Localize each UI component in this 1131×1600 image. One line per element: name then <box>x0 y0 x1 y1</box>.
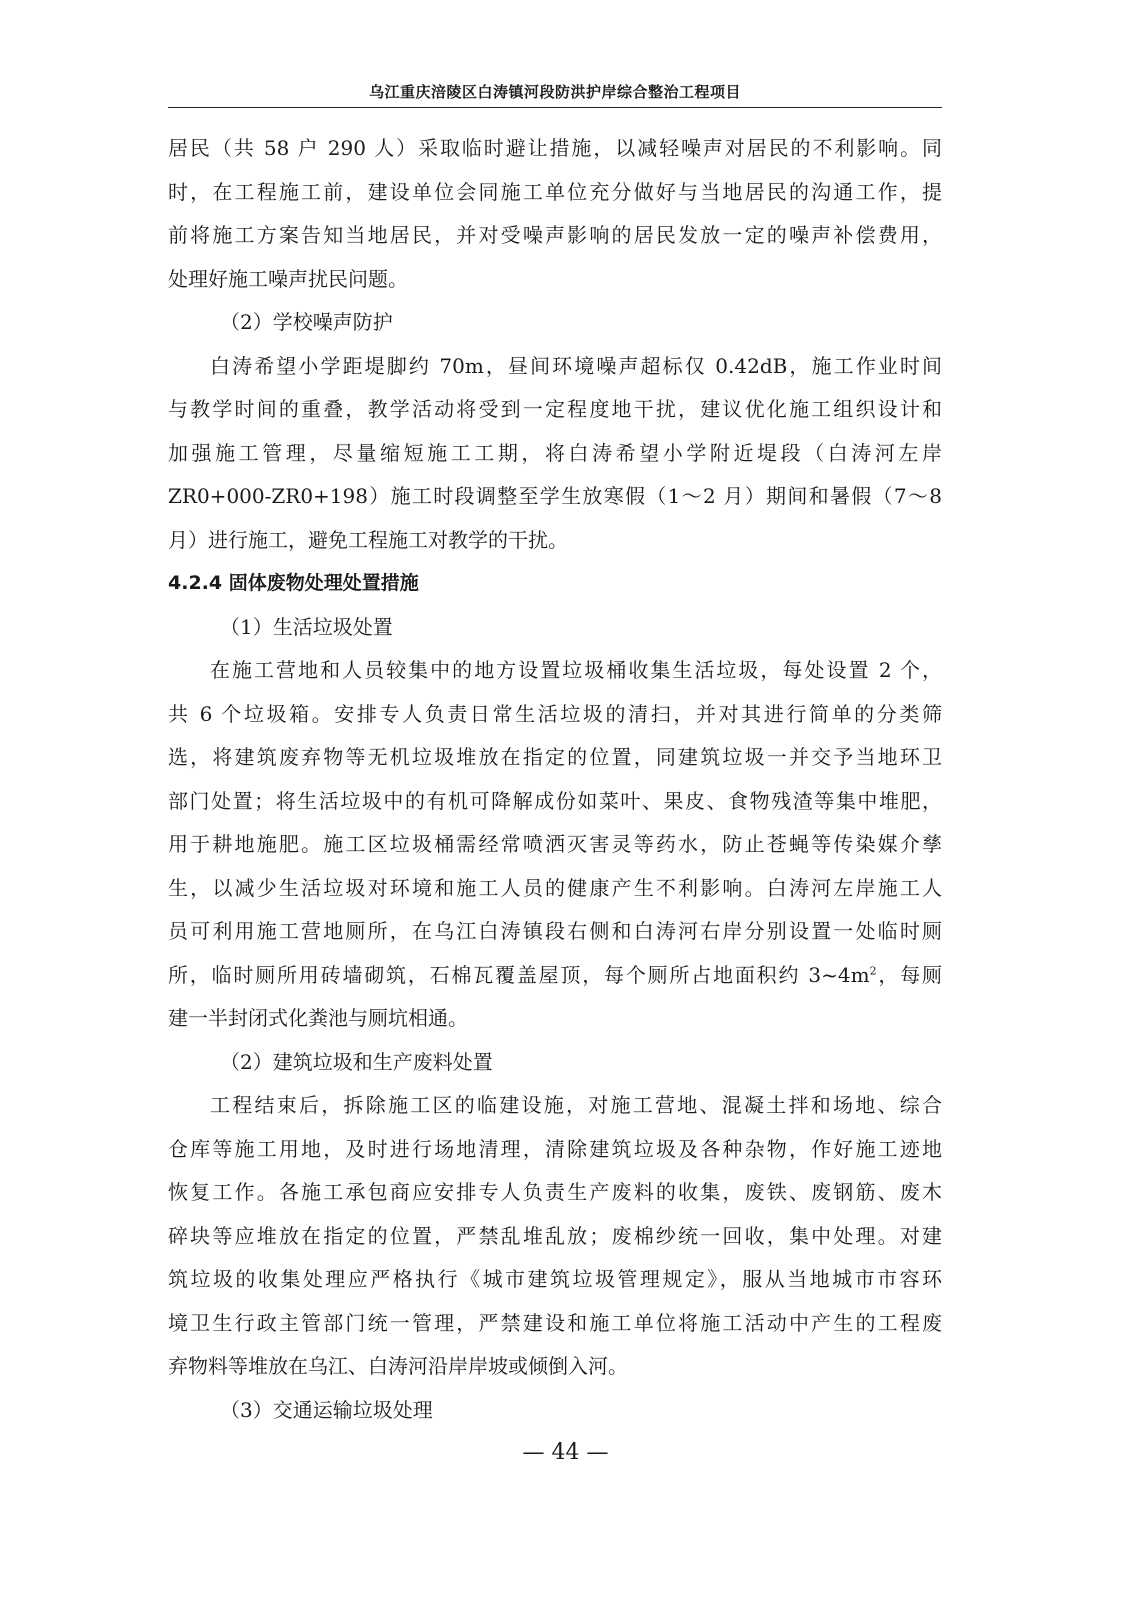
paragraph-line: ZR0+000-ZR0+198）施工时段调整至学生放寒假（1～2 月）期间和暑假… <box>168 475 942 519</box>
line-text: 月）进行施工，避免工程施工对教学的干扰。 <box>168 528 568 552</box>
line-text: 员可利用施工营地厕所，在乌江白涛镇段右侧和白涛河右岸分别设置一处临时厕 <box>168 919 942 943</box>
line-text: 部门处置；将生活垃圾中的有机可降解成份如菜叶、果皮、食物残渣等集中堆肥， <box>168 789 942 813</box>
section-heading: 4.2.4 固体废物处理处置措施 <box>168 562 942 606</box>
line-text: 处理好施工噪声扰民问题。 <box>168 267 408 291</box>
paragraph-line: 部门处置；将生活垃圾中的有机可降解成份如菜叶、果皮、食物残渣等集中堆肥， <box>168 780 942 824</box>
paragraph-first-line: 在施工营地和人员较集中的地方设置垃圾桶收集生活垃圾，每处设置 2 个， <box>168 649 942 693</box>
line-text: 所，临时厕所用砖墙砌筑，石棉瓦覆盖屋顶，每个厕所占地面积约 3~4m <box>168 963 870 987</box>
paragraph-line: 与教学时间的重叠，教学活动将受到一定程度地干扰，建议优化施工组织设计和 <box>168 388 942 432</box>
paragraph-last-line: 建一半封闭式化粪池与厕坑相通。 <box>168 997 942 1041</box>
paragraph-line: 选，将建筑废弃物等无机垃圾堆放在指定的位置，同建筑垃圾一并交予当地环卫 <box>168 736 942 780</box>
line-text: 用于耕地施肥。施工区垃圾桶需经常喷洒灭害灵等药水，防止苍蝇等传染媒介孳 <box>168 832 942 856</box>
line-text: 碎块等应堆放在指定的位置，严禁乱堆乱放；废棉纱统一回收，集中处理。对建 <box>168 1224 942 1248</box>
subsection-title: （1）生活垃圾处置 <box>168 606 942 650</box>
line-text: 4.2.4 固体废物处理处置措施 <box>168 572 419 594</box>
paragraph-line: 共 6 个垃圾箱。安排专人负责日常生活垃圾的清扫，并对其进行简单的分类筛 <box>168 693 942 737</box>
line-text: ZR0+000-ZR0+198）施工时段调整至学生放寒假（1～2 月）期间和暑假… <box>168 484 942 508</box>
line-text: 前将施工方案告知当地居民，并对受噪声影响的居民发放一定的噪声补偿费用， <box>168 223 942 247</box>
paragraph-last-line: 弃物料等堆放在乌江、白涛河沿岸岸坡或倾倒入河。 <box>168 1345 942 1389</box>
line-text: 仓库等施工用地，及时进行场地清理，清除建筑垃圾及各种杂物，作好施工迹地 <box>168 1137 942 1161</box>
paragraph-last-line: 处理好施工噪声扰民问题。 <box>168 258 942 302</box>
page-number: — 44 — <box>0 1436 1131 1470</box>
line-text: 生，以减少生活垃圾对环境和施工人员的健康产生不利影响。白涛河左岸施工人 <box>168 876 942 900</box>
running-header: 乌江重庆涪陵区白涛镇河段防洪护岸综合整治工程项目 <box>168 78 942 106</box>
paragraph-first-line: 白涛希望小学距堤脚约 70m，昼间环境噪声超标仅 0.42dB，施工作业时间 <box>168 345 942 389</box>
paragraph-line: 用于耕地施肥。施工区垃圾桶需经常喷洒灭害灵等药水，防止苍蝇等传染媒介孳 <box>168 823 942 867</box>
line-text: 居民（共 58 户 290 人）采取临时避让措施，以减轻噪声对居民的不利影响。同 <box>168 136 942 160</box>
paragraph-last-line: 月）进行施工，避免工程施工对教学的干扰。 <box>168 519 942 563</box>
superscript: 2 <box>870 964 877 977</box>
line-text: 筑垃圾的收集处理应严格执行《城市建筑垃圾管理规定》，服从当地城市市容环 <box>168 1267 942 1291</box>
line-text: 时，在工程施工前，建设单位会同施工单位充分做好与当地居民的沟通工作，提 <box>168 180 942 204</box>
line-text: 弃物料等堆放在乌江、白涛河沿岸岸坡或倾倒入河。 <box>168 1354 628 1378</box>
line-text: 与教学时间的重叠，教学活动将受到一定程度地干扰，建议优化施工组织设计和 <box>168 397 942 421</box>
paragraph-first-line: 工程结束后，拆除施工区的临建设施，对施工营地、混凝土拌和场地、综合 <box>168 1084 942 1128</box>
paragraph-line: 员可利用施工营地厕所，在乌江白涛镇段右侧和白涛河右岸分别设置一处临时厕 <box>168 910 942 954</box>
paragraph-line: 时，在工程施工前，建设单位会同施工单位充分做好与当地居民的沟通工作，提 <box>168 171 942 215</box>
line-text: 恢复工作。各施工承包商应安排专人负责生产废料的收集，废铁、废钢筋、废木 <box>168 1180 942 1204</box>
line-text: 境卫生行政主管部门统一管理，严禁建设和施工单位将施工活动中产生的工程废 <box>168 1311 942 1335</box>
document-body: 居民（共 58 户 290 人）采取临时避让措施，以减轻噪声对居民的不利影响。同… <box>168 127 942 1432</box>
line-text: 加强施工管理，尽量缩短施工工期，将白涛希望小学附近堤段（白涛河左岸 <box>168 441 942 465</box>
line-text: （3）交通运输垃圾处理 <box>220 1398 433 1422</box>
line-text: 在施工营地和人员较集中的地方设置垃圾桶收集生活垃圾，每处设置 2 个， <box>210 658 942 682</box>
paragraph-line: 恢复工作。各施工承包商应安排专人负责生产废料的收集，废铁、废钢筋、废木 <box>168 1171 942 1215</box>
paragraph-line: 碎块等应堆放在指定的位置，严禁乱堆乱放；废棉纱统一回收，集中处理。对建 <box>168 1215 942 1259</box>
line-text-tail: ，每厕 <box>877 963 942 987</box>
line-text: 白涛希望小学距堤脚约 70m，昼间环境噪声超标仅 0.42dB，施工作业时间 <box>210 354 942 378</box>
paragraph-line: 加强施工管理，尽量缩短施工工期，将白涛希望小学附近堤段（白涛河左岸 <box>168 432 942 476</box>
line-text: 工程结束后，拆除施工区的临建设施，对施工营地、混凝土拌和场地、综合 <box>210 1093 942 1117</box>
line-text: （2）学校噪声防护 <box>220 310 393 334</box>
line-text: 建一半封闭式化粪池与厕坑相通。 <box>168 1006 468 1030</box>
paragraph-line: 境卫生行政主管部门统一管理，严禁建设和施工单位将施工活动中产生的工程废 <box>168 1302 942 1346</box>
line-text: （1）生活垃圾处置 <box>220 615 393 639</box>
paragraph-line: 筑垃圾的收集处理应严格执行《城市建筑垃圾管理规定》，服从当地城市市容环 <box>168 1258 942 1302</box>
paragraph-line: 前将施工方案告知当地居民，并对受噪声影响的居民发放一定的噪声补偿费用， <box>168 214 942 258</box>
subsection-title: （2）学校噪声防护 <box>168 301 942 345</box>
line-text: 共 6 个垃圾箱。安排专人负责日常生活垃圾的清扫，并对其进行简单的分类筛 <box>168 702 942 726</box>
paragraph-line: 生，以减少生活垃圾对环境和施工人员的健康产生不利影响。白涛河左岸施工人 <box>168 867 942 911</box>
paragraph-line: 仓库等施工用地，及时进行场地清理，清除建筑垃圾及各种杂物，作好施工迹地 <box>168 1128 942 1172</box>
paragraph-line: 居民（共 58 户 290 人）采取临时避让措施，以减轻噪声对居民的不利影响。同 <box>168 127 942 171</box>
subsection-title: （2）建筑垃圾和生产废料处置 <box>168 1041 942 1085</box>
subsection-title: （3）交通运输垃圾处理 <box>168 1389 942 1433</box>
header-divider <box>168 107 942 108</box>
paragraph-line: 所，临时厕所用砖墙砌筑，石棉瓦覆盖屋顶，每个厕所占地面积约 3~4m2，每厕 <box>168 954 942 998</box>
line-text: （2）建筑垃圾和生产废料处置 <box>220 1050 493 1074</box>
line-text: 选，将建筑废弃物等无机垃圾堆放在指定的位置，同建筑垃圾一并交予当地环卫 <box>168 745 942 769</box>
